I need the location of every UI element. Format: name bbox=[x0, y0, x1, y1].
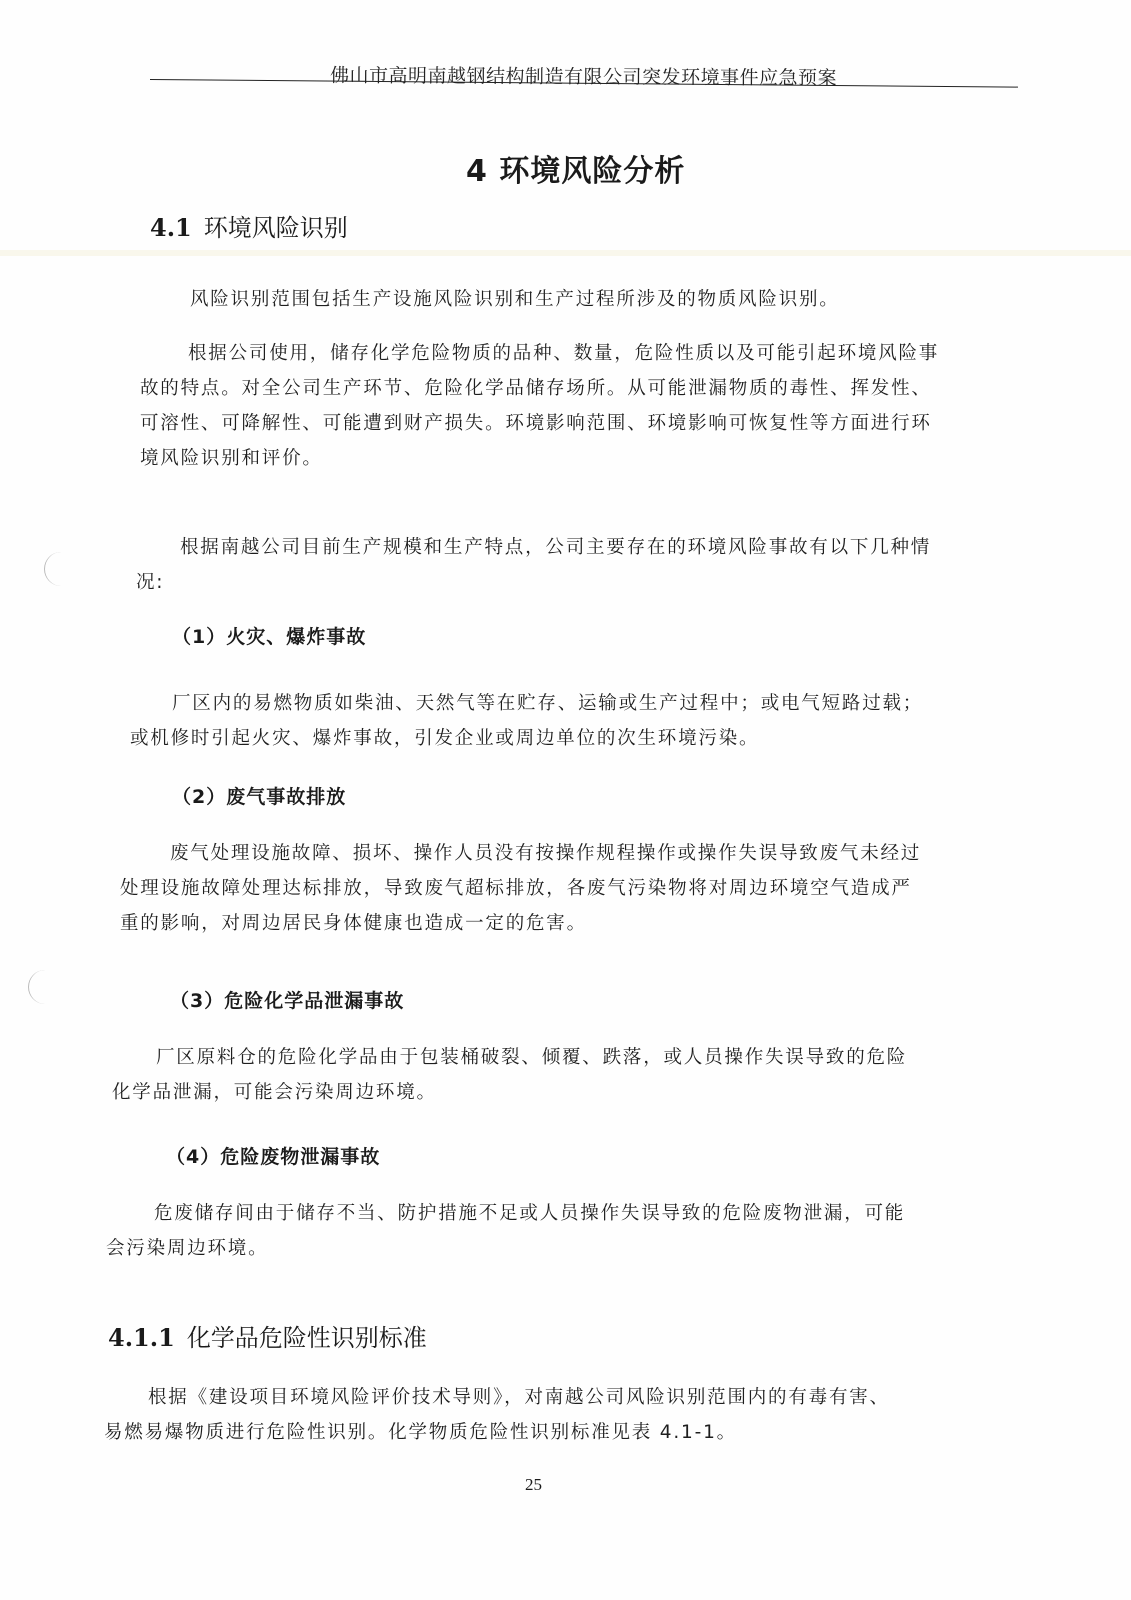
text-line: 厂区内的易燃物质如柴油、天然气等在贮存、运输或生产过程中；或电气短路过载； bbox=[130, 686, 923, 721]
section-heading-4-1: 4.1环境风险识别 bbox=[150, 208, 348, 243]
binder-hole-mark bbox=[44, 552, 67, 586]
text-line: 废气处理设施故障、损坏、操作人员没有按操作规程操作或操作失误导致废气未经过 bbox=[120, 836, 921, 871]
paragraph: 风险识别范围包括生产设施风险识别和生产过程所涉及的物质风险识别。 bbox=[190, 282, 840, 317]
item-body-3: 厂区原料仓的危险化学品由于包装桶破裂、倾覆、跌落，或人员操作失误导致的危险 化学… bbox=[112, 1040, 907, 1110]
text-line: 根据公司使用，储存化学危险物质的品种、数量，危险性质以及可能引起环境风险事 bbox=[140, 336, 939, 371]
text-line: 处理设施故障处理达标排放，导致废气超标排放，各废气污染物将对周边环境空气造成严 bbox=[120, 871, 921, 906]
text-line: 化学品泄漏，可能会污染周边环境。 bbox=[112, 1075, 907, 1110]
text-line: 危废储存间由于储存不当、防护措施不足或人员操作失误导致的危险废物泄漏，可能 bbox=[106, 1196, 905, 1231]
section-title: 化学品危险性识别标准 bbox=[187, 1324, 427, 1352]
scan-artifact-band bbox=[0, 250, 1131, 256]
text-line: 况: bbox=[136, 565, 931, 600]
paragraph: 根据《建设项目环境风险评价技术导则》，对南越公司风险识别范围内的有毒有害、 易燃… bbox=[104, 1380, 890, 1450]
text-line: 或机修时引起火灾、爆炸事故，引发企业或周边单位的次生环境污染。 bbox=[130, 721, 923, 756]
chapter-title: 4 环境风险分析 bbox=[466, 146, 685, 190]
text-line: 易燃易爆物质进行危险性识别。化学物质危险性识别标准见表 4.1-1。 bbox=[104, 1415, 890, 1450]
item-heading-2: （2）废气事故排放 bbox=[172, 782, 346, 809]
text-line: 根据《建设项目环境风险评价技术导则》，对南越公司风险识别范围内的有毒有害、 bbox=[104, 1380, 890, 1415]
text-line: 故的特点。对全公司生产环节、危险化学品储存场所。从可能泄漏物质的毒性、挥发性、 bbox=[140, 371, 939, 406]
text-line: 根据南越公司目前生产规模和生产特点，公司主要存在的环境风险事故有以下几种情 bbox=[136, 530, 931, 565]
item-heading-1: （1）火灾、爆炸事故 bbox=[172, 622, 366, 649]
text-line: 境风险识别和评价。 bbox=[140, 441, 939, 476]
section-title: 环境风险识别 bbox=[204, 214, 348, 242]
section-number: 4.1.1 bbox=[108, 1323, 175, 1352]
paragraph: 根据南越公司目前生产规模和生产特点，公司主要存在的环境风险事故有以下几种情 况: bbox=[136, 530, 931, 600]
running-header: 佛山市高明南越钢结构制造有限公司突发环境事件应急预案 bbox=[330, 61, 837, 91]
document-page: 佛山市高明南越钢结构制造有限公司突发环境事件应急预案 4 环境风险分析 4.1环… bbox=[0, 0, 1131, 1600]
text-line: 可溶性、可降解性、可能遭到财产损失。环境影响范围、环境影响可恢复性等方面进行环 bbox=[140, 406, 939, 441]
text-line: 重的影响，对周边居民身体健康也造成一定的危害。 bbox=[120, 906, 921, 941]
page-number: 25 bbox=[525, 1475, 542, 1495]
text-line: 风险识别范围包括生产设施风险识别和生产过程所涉及的物质风险识别。 bbox=[190, 282, 840, 317]
item-body-4: 危废储存间由于储存不当、防护措施不足或人员操作失误导致的危险废物泄漏，可能 会污… bbox=[106, 1196, 905, 1266]
item-heading-4: （4）危险废物泄漏事故 bbox=[166, 1142, 380, 1169]
item-body-2: 废气处理设施故障、损坏、操作人员没有按操作规程操作或操作失误导致废气未经过 处理… bbox=[120, 836, 921, 941]
text-line: 厂区原料仓的危险化学品由于包装桶破裂、倾覆、跌落，或人员操作失误导致的危险 bbox=[112, 1040, 907, 1075]
paragraph: 根据公司使用，储存化学危险物质的品种、数量，危险性质以及可能引起环境风险事 故的… bbox=[140, 336, 939, 476]
item-body-1: 厂区内的易燃物质如柴油、天然气等在贮存、运输或生产过程中；或电气短路过载； 或机… bbox=[130, 686, 923, 756]
section-number: 4.1 bbox=[150, 213, 192, 242]
section-heading-4-1-1: 4.1.1化学品危险性识别标准 bbox=[108, 1318, 427, 1353]
item-heading-3: （3）危险化学品泄漏事故 bbox=[170, 986, 404, 1013]
binder-hole-mark bbox=[28, 970, 51, 1004]
text-line: 会污染周边环境。 bbox=[106, 1231, 905, 1266]
